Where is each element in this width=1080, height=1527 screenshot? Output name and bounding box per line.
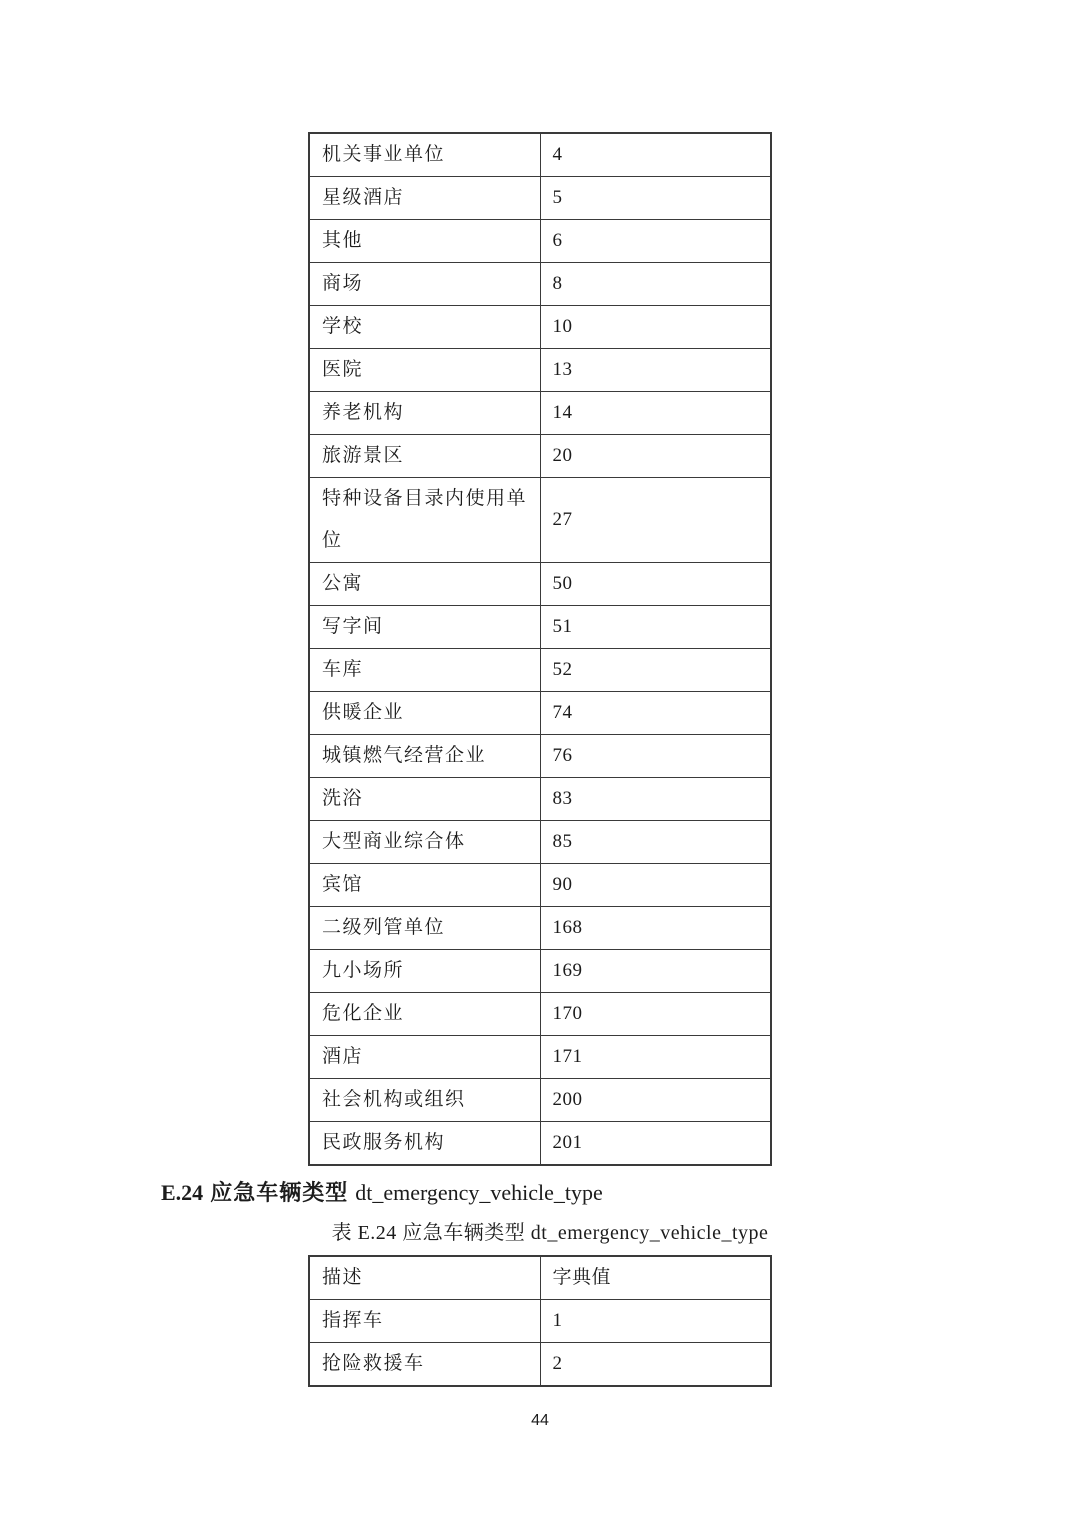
- row-value: 13: [540, 349, 771, 392]
- table-row: 医院13: [309, 349, 771, 392]
- row-label: 旅游景区: [309, 435, 540, 478]
- section-code: dt_emergency_vehicle_type: [355, 1180, 603, 1205]
- table-row: 机关事业单位4: [309, 133, 771, 177]
- table-row: 抢险救援车2: [309, 1343, 771, 1387]
- row-label: 特种设备目录内使用单位: [309, 478, 540, 563]
- row-label: 民政服务机构: [309, 1122, 540, 1166]
- row-value: 14: [540, 392, 771, 435]
- table-body: 描述 字典值 指挥车1抢险救援车2: [309, 1256, 771, 1386]
- row-label: 公寓: [309, 563, 540, 606]
- row-label: 社会机构或组织: [309, 1079, 540, 1122]
- row-value: 8: [540, 263, 771, 306]
- row-value: 27: [540, 478, 771, 563]
- table-row: 特种设备目录内使用单位27: [309, 478, 771, 563]
- row-label: 商场: [309, 263, 540, 306]
- row-value: 50: [540, 563, 771, 606]
- row-label: 危化企业: [309, 993, 540, 1036]
- header-cell-description: 描述: [309, 1256, 540, 1300]
- table-row: 民政服务机构201: [309, 1122, 771, 1166]
- document-page: 机关事业单位4星级酒店5其他6商场8学校10医院13养老机构14旅游景区20特种…: [0, 0, 1080, 1527]
- row-value: 74: [540, 692, 771, 735]
- table-row: 其他6: [309, 220, 771, 263]
- table-row: 商场8: [309, 263, 771, 306]
- row-label: 医院: [309, 349, 540, 392]
- row-label: 抢险救援车: [309, 1343, 540, 1387]
- table-row: 养老机构14: [309, 392, 771, 435]
- table-body: 机关事业单位4星级酒店5其他6商场8学校10医院13养老机构14旅游景区20特种…: [309, 133, 771, 1165]
- table-row: 学校10: [309, 306, 771, 349]
- row-value: 168: [540, 907, 771, 950]
- row-label: 学校: [309, 306, 540, 349]
- row-value: 171: [540, 1036, 771, 1079]
- row-value: 83: [540, 778, 771, 821]
- page-number: 44: [0, 1412, 1080, 1430]
- table-row: 指挥车1: [309, 1300, 771, 1343]
- row-value: 4: [540, 133, 771, 177]
- row-label: 其他: [309, 220, 540, 263]
- emergency-vehicle-type-table: 描述 字典值 指挥车1抢险救援车2: [308, 1255, 772, 1387]
- table-row: 车库52: [309, 649, 771, 692]
- row-value: 201: [540, 1122, 771, 1166]
- table-caption: 表 E.24 应急车辆类型 dt_emergency_vehicle_type: [0, 1220, 1080, 1246]
- table-row: 九小场所169: [309, 950, 771, 993]
- table-row: 洗浴83: [309, 778, 771, 821]
- section-number: E.24: [161, 1180, 203, 1205]
- row-label: 星级酒店: [309, 177, 540, 220]
- section-heading: E.24应急车辆类型dt_emergency_vehicle_type: [161, 1179, 603, 1207]
- building-type-dictionary-table-continued: 机关事业单位4星级酒店5其他6商场8学校10医院13养老机构14旅游景区20特种…: [308, 132, 772, 1166]
- row-label: 城镇燃气经营企业: [309, 735, 540, 778]
- row-label: 写字间: [309, 606, 540, 649]
- table-row: 二级列管单位168: [309, 907, 771, 950]
- row-value: 1: [540, 1300, 771, 1343]
- table-row: 供暖企业74: [309, 692, 771, 735]
- row-label: 供暖企业: [309, 692, 540, 735]
- row-label: 九小场所: [309, 950, 540, 993]
- row-value: 200: [540, 1079, 771, 1122]
- row-label: 酒店: [309, 1036, 540, 1079]
- row-value: 2: [540, 1343, 771, 1387]
- table-row: 星级酒店5: [309, 177, 771, 220]
- table-header-row: 描述 字典值: [309, 1256, 771, 1300]
- row-value: 169: [540, 950, 771, 993]
- row-value: 51: [540, 606, 771, 649]
- table-row: 旅游景区20: [309, 435, 771, 478]
- row-label: 二级列管单位: [309, 907, 540, 950]
- header-cell-dict-value: 字典值: [540, 1256, 771, 1300]
- row-label: 指挥车: [309, 1300, 540, 1343]
- row-value: 85: [540, 821, 771, 864]
- table-row: 社会机构或组织200: [309, 1079, 771, 1122]
- row-value: 76: [540, 735, 771, 778]
- row-value: 52: [540, 649, 771, 692]
- row-value: 90: [540, 864, 771, 907]
- row-value: 6: [540, 220, 771, 263]
- table-row: 危化企业170: [309, 993, 771, 1036]
- row-label: 宾馆: [309, 864, 540, 907]
- table-row: 大型商业综合体85: [309, 821, 771, 864]
- row-value: 10: [540, 306, 771, 349]
- row-value: 20: [540, 435, 771, 478]
- table-row: 公寓50: [309, 563, 771, 606]
- row-label: 养老机构: [309, 392, 540, 435]
- section-title: 应急车辆类型: [210, 1180, 348, 1205]
- row-label: 洗浴: [309, 778, 540, 821]
- row-label: 机关事业单位: [309, 133, 540, 177]
- row-value: 5: [540, 177, 771, 220]
- row-value: 170: [540, 993, 771, 1036]
- table-row: 酒店171: [309, 1036, 771, 1079]
- row-label: 车库: [309, 649, 540, 692]
- row-label: 大型商业综合体: [309, 821, 540, 864]
- table-row: 写字间51: [309, 606, 771, 649]
- table-row: 城镇燃气经营企业76: [309, 735, 771, 778]
- table-row: 宾馆90: [309, 864, 771, 907]
